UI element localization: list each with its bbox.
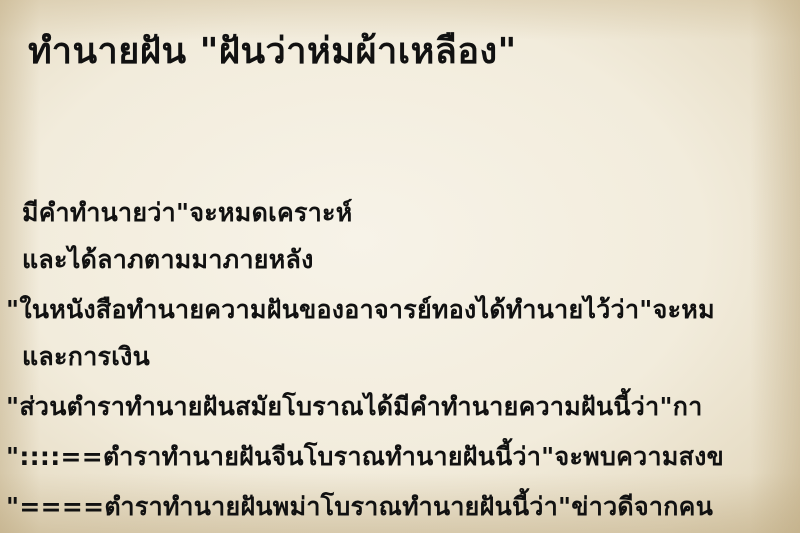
prediction-line: "ส่วนตำราทำนายฝันสมัยโบราณได้มีคำทำนายคว…	[6, 387, 703, 427]
prediction-line: มีคำทำนายว่า"จะหมดเคราะห์	[22, 193, 353, 233]
paper-edge-right	[750, 0, 800, 533]
prediction-line: "====ตำราทำนายฝันพม่าโบราณทำนายฝันนี้ว่า…	[6, 487, 713, 527]
prediction-line: และการเงิน	[22, 337, 150, 377]
prediction-line: "::::==ตำราทำนายฝันจีนโบราณทำนายฝันนี้ว่…	[6, 437, 724, 477]
prediction-line: และได้ลาภตามมาภายหลัง	[22, 240, 314, 280]
page-title: ทำนายฝัน "ฝันว่าห่มผ้าเหลือง"	[28, 22, 517, 79]
prediction-line: "ในหนังสือทำนายความฝันของอาจารย์ทองได้ทำ…	[6, 290, 715, 330]
